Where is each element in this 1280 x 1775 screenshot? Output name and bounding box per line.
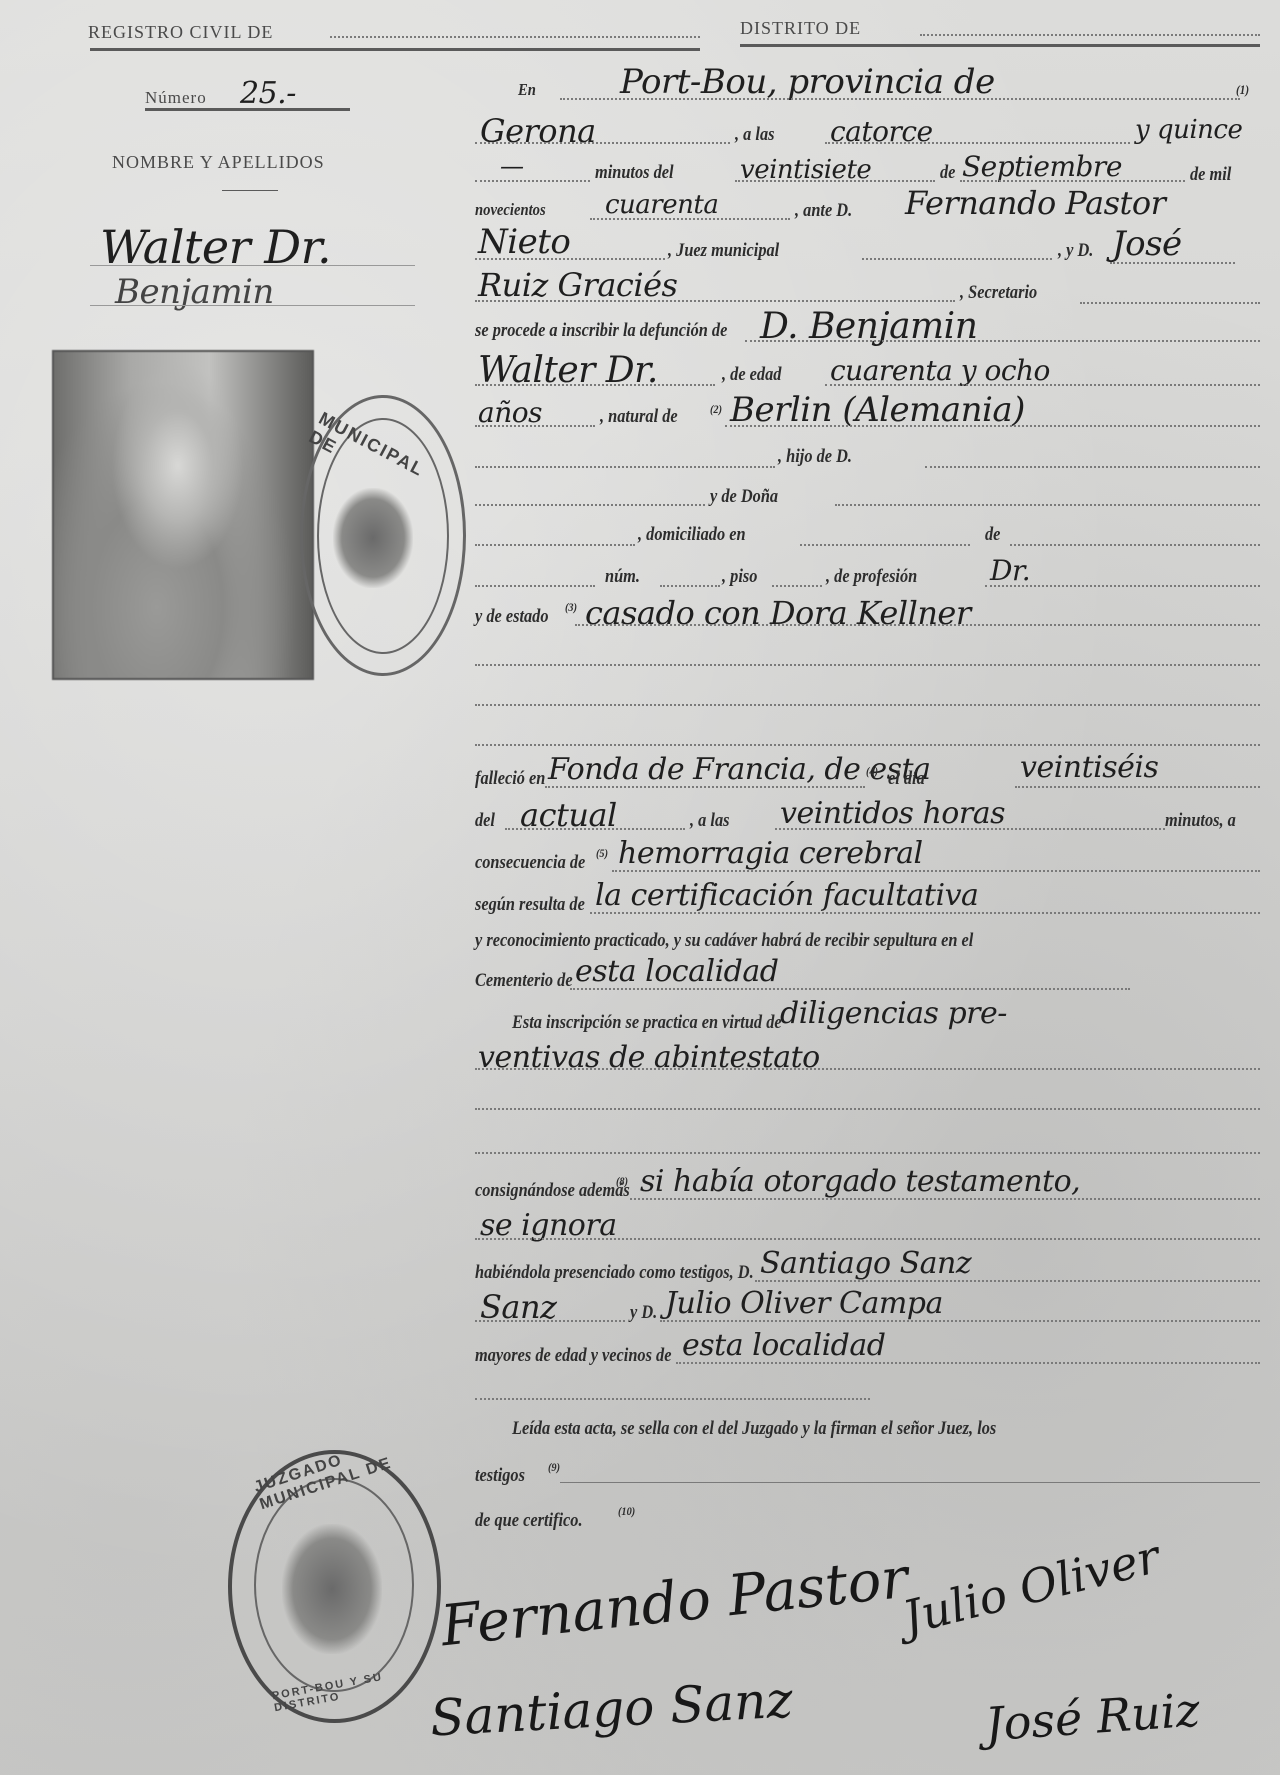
l15-note: (4) — [866, 764, 878, 779]
l4-value2: Fernando Pastor — [905, 184, 1165, 222]
l15-label2: el día — [888, 768, 925, 790]
l7-line — [745, 340, 1260, 342]
l15-label: falleció en — [475, 768, 545, 790]
header-rule-right — [740, 44, 1260, 47]
l12-line-b — [800, 544, 970, 546]
l25-value: Santiago Sanz — [760, 1246, 971, 1281]
nombre-line1-rule — [90, 265, 415, 266]
signature-witness-1: Santiago Sanz — [429, 1671, 794, 1748]
l3-label3: de mil — [1190, 164, 1231, 186]
l26-value2: Julio Oliver Campa — [665, 1286, 943, 1321]
l26-line-a — [475, 1320, 625, 1322]
l6-line-a — [475, 300, 955, 302]
l10-line-a — [475, 466, 775, 468]
l1-label: En — [518, 80, 536, 100]
signature-judge: Fernando Pastor — [438, 1546, 911, 1660]
l3-value: — — [500, 152, 524, 180]
l8-line-a — [475, 384, 715, 386]
l23-note: (8) — [616, 1174, 628, 1189]
l9-line-b — [725, 425, 1260, 427]
l15-line-b — [1015, 786, 1260, 788]
l4-label2: , ante D. — [795, 200, 852, 222]
l21-value: diligencias pre- — [780, 996, 1007, 1031]
l11-line-a — [475, 504, 705, 506]
l12-label2: de — [985, 524, 1000, 546]
l27-label: mayores de edad y vecinos de — [475, 1345, 671, 1367]
numero-value: 25.- — [240, 76, 296, 111]
seal-crest-icon — [282, 1524, 382, 1654]
signature-secretary: José Ruiz — [983, 1683, 1201, 1752]
l18-label: según resulta de — [475, 894, 585, 916]
l13-label2: , piso — [722, 566, 757, 588]
l10-line-b — [925, 466, 1260, 468]
nombre-line2-rule — [90, 305, 415, 306]
distrito-line — [920, 34, 1260, 36]
l5-value: Nieto — [478, 222, 570, 262]
l2-label: , a las — [735, 124, 775, 146]
blank-line-1 — [475, 664, 1260, 666]
l3-line-b — [735, 180, 935, 182]
l29-label: testigos — [475, 1465, 525, 1487]
l17-line — [612, 870, 1260, 872]
l16-label2: , a las — [690, 810, 730, 832]
l13-value: Dr. — [990, 554, 1030, 587]
l16-label: del — [475, 810, 495, 832]
l22-line — [475, 1068, 1260, 1070]
l13-line-b — [660, 585, 720, 587]
nombre-line2: Benjamin — [115, 272, 274, 312]
l10-label: , hijo de D. — [778, 446, 852, 468]
l5-label: , Juez municipal — [668, 240, 779, 262]
l13-label3: , de profesión — [826, 566, 917, 588]
l24-line — [475, 1238, 1260, 1240]
l23-line — [630, 1198, 1260, 1200]
municipal-stamp-top: MUNICIPAL DE — [300, 395, 466, 676]
header-rule-left — [90, 48, 700, 51]
l18-value: la certificación facultativa — [595, 878, 978, 913]
l12-label: , domiciliado en — [638, 524, 746, 546]
l16-value2: veintidos horas — [780, 796, 1005, 831]
numero-label: Número — [145, 88, 207, 108]
l23-value: si había otorgado testamento, — [640, 1164, 1080, 1199]
l6-value: Ruiz Graciés — [478, 266, 677, 304]
stamp-crest-icon — [333, 488, 413, 588]
l11-line-b — [835, 504, 1260, 506]
signature-witness-2: Julio Oliver — [897, 1529, 1164, 1645]
l14-note: (3) — [565, 600, 577, 615]
l21-label: Esta inscripción se practica en virtud d… — [512, 1012, 782, 1034]
l14-line — [575, 624, 1260, 626]
l27-line — [676, 1362, 1260, 1364]
l1-line — [560, 98, 1240, 100]
l14-label: y de estado — [475, 606, 549, 628]
l12-line-a — [475, 544, 635, 546]
l8-value2: cuarenta y ocho — [830, 354, 1050, 387]
l4-label: novecientos — [475, 200, 546, 220]
l5-value2: José — [1112, 224, 1182, 264]
l7-label: se procede a inscribir la defunción de — [475, 320, 727, 342]
l26-line-b — [660, 1320, 1260, 1322]
l20-value: esta localidad — [575, 954, 778, 989]
portrait-photo — [52, 350, 314, 680]
l3-line-c — [960, 180, 1185, 182]
registro-civil-label: REGISTRO CIVIL DE — [88, 22, 273, 43]
l30-label: de que certifico. — [475, 1510, 583, 1532]
blank-line-6 — [475, 1398, 870, 1400]
l3-line-a — [475, 180, 590, 182]
l2-value: Gerona — [480, 112, 596, 150]
l18-line — [590, 912, 1260, 914]
l16-line-a — [505, 828, 685, 830]
l17-value: hemorragia cerebral — [618, 836, 923, 871]
l9-value2: Berlin (Alemania) — [730, 390, 1025, 430]
l25-label: habiéndola presenciado como testigos, D. — [475, 1262, 754, 1284]
l29-note: (9) — [548, 1460, 560, 1475]
l16-line-b — [775, 828, 1165, 830]
l29-line — [560, 1482, 1260, 1483]
l25-line — [755, 1280, 1260, 1282]
l14-value: casado con Dora Kellner — [585, 594, 971, 632]
l3-label: minutos del — [595, 162, 674, 184]
l2-line-b — [825, 142, 1130, 144]
l8-line-b — [825, 384, 1260, 386]
nombre-apellidos-label: NOMBRE Y APELLIDOS — [112, 152, 325, 173]
l27-value: esta localidad — [682, 1328, 885, 1363]
l4-line-a — [590, 218, 790, 220]
l16-label3: minutos, a — [1165, 810, 1236, 832]
l6-label: , Secretario — [960, 282, 1037, 304]
numero-rule — [145, 108, 350, 111]
l5-line-a — [475, 258, 665, 260]
l1-note: (1) — [1236, 82, 1249, 98]
l20-line — [570, 988, 1130, 990]
blank-line-4 — [475, 1108, 1260, 1110]
l15-line-a — [545, 786, 865, 788]
l19-label: y reconocimiento practicado, y su cadáve… — [475, 930, 973, 952]
l5-label2: , y D. — [1058, 240, 1093, 262]
l13-line-a — [475, 585, 595, 587]
l3-value3: Septiembre — [962, 150, 1122, 183]
l9-line-a — [475, 425, 595, 427]
l30-note: (10) — [618, 1504, 635, 1519]
l9-note: (2) — [710, 402, 722, 417]
l2-line-a — [475, 142, 730, 144]
l20-label: Cementerio de — [475, 970, 573, 992]
l5-line-c — [1110, 262, 1235, 264]
l26-label: y D. — [630, 1302, 657, 1324]
juzgado-municipal-seal: JUZGADO MUNICIPAL DE PORT-BOU Y SU DISTR… — [228, 1450, 441, 1723]
l9-label: , natural de — [600, 406, 678, 428]
nombre-divider — [222, 190, 278, 191]
distrito-label: DISTRITO DE — [740, 18, 861, 39]
l12-line-c — [1010, 544, 1260, 546]
l6-line-b — [1080, 302, 1260, 304]
registro-civil-line — [330, 36, 700, 38]
l11-label: y de Doña — [710, 486, 778, 508]
l13-line-c — [772, 585, 822, 587]
l1-value: Port-Bou, provincia de — [620, 62, 995, 102]
l13-label: núm. — [605, 566, 640, 588]
l15-value2: veintiséis — [1020, 750, 1158, 785]
l3-label2: de — [940, 162, 955, 184]
l4-value: cuarenta — [605, 190, 718, 220]
l2-label2: y quince — [1135, 115, 1242, 145]
blank-line-2 — [475, 704, 1260, 706]
blank-line-5 — [475, 1152, 1260, 1154]
l8-label: , de edad — [722, 364, 781, 386]
blank-line-3 — [475, 744, 1260, 746]
l13-line-d — [985, 585, 1260, 587]
l5-line-b — [862, 258, 1052, 260]
l28-label: Leída esta acta, se sella con el del Juz… — [512, 1418, 996, 1440]
l17-label: consecuencia de — [475, 852, 585, 874]
l17-note: (5) — [596, 846, 608, 861]
l23-label: consignándose además — [475, 1180, 630, 1202]
